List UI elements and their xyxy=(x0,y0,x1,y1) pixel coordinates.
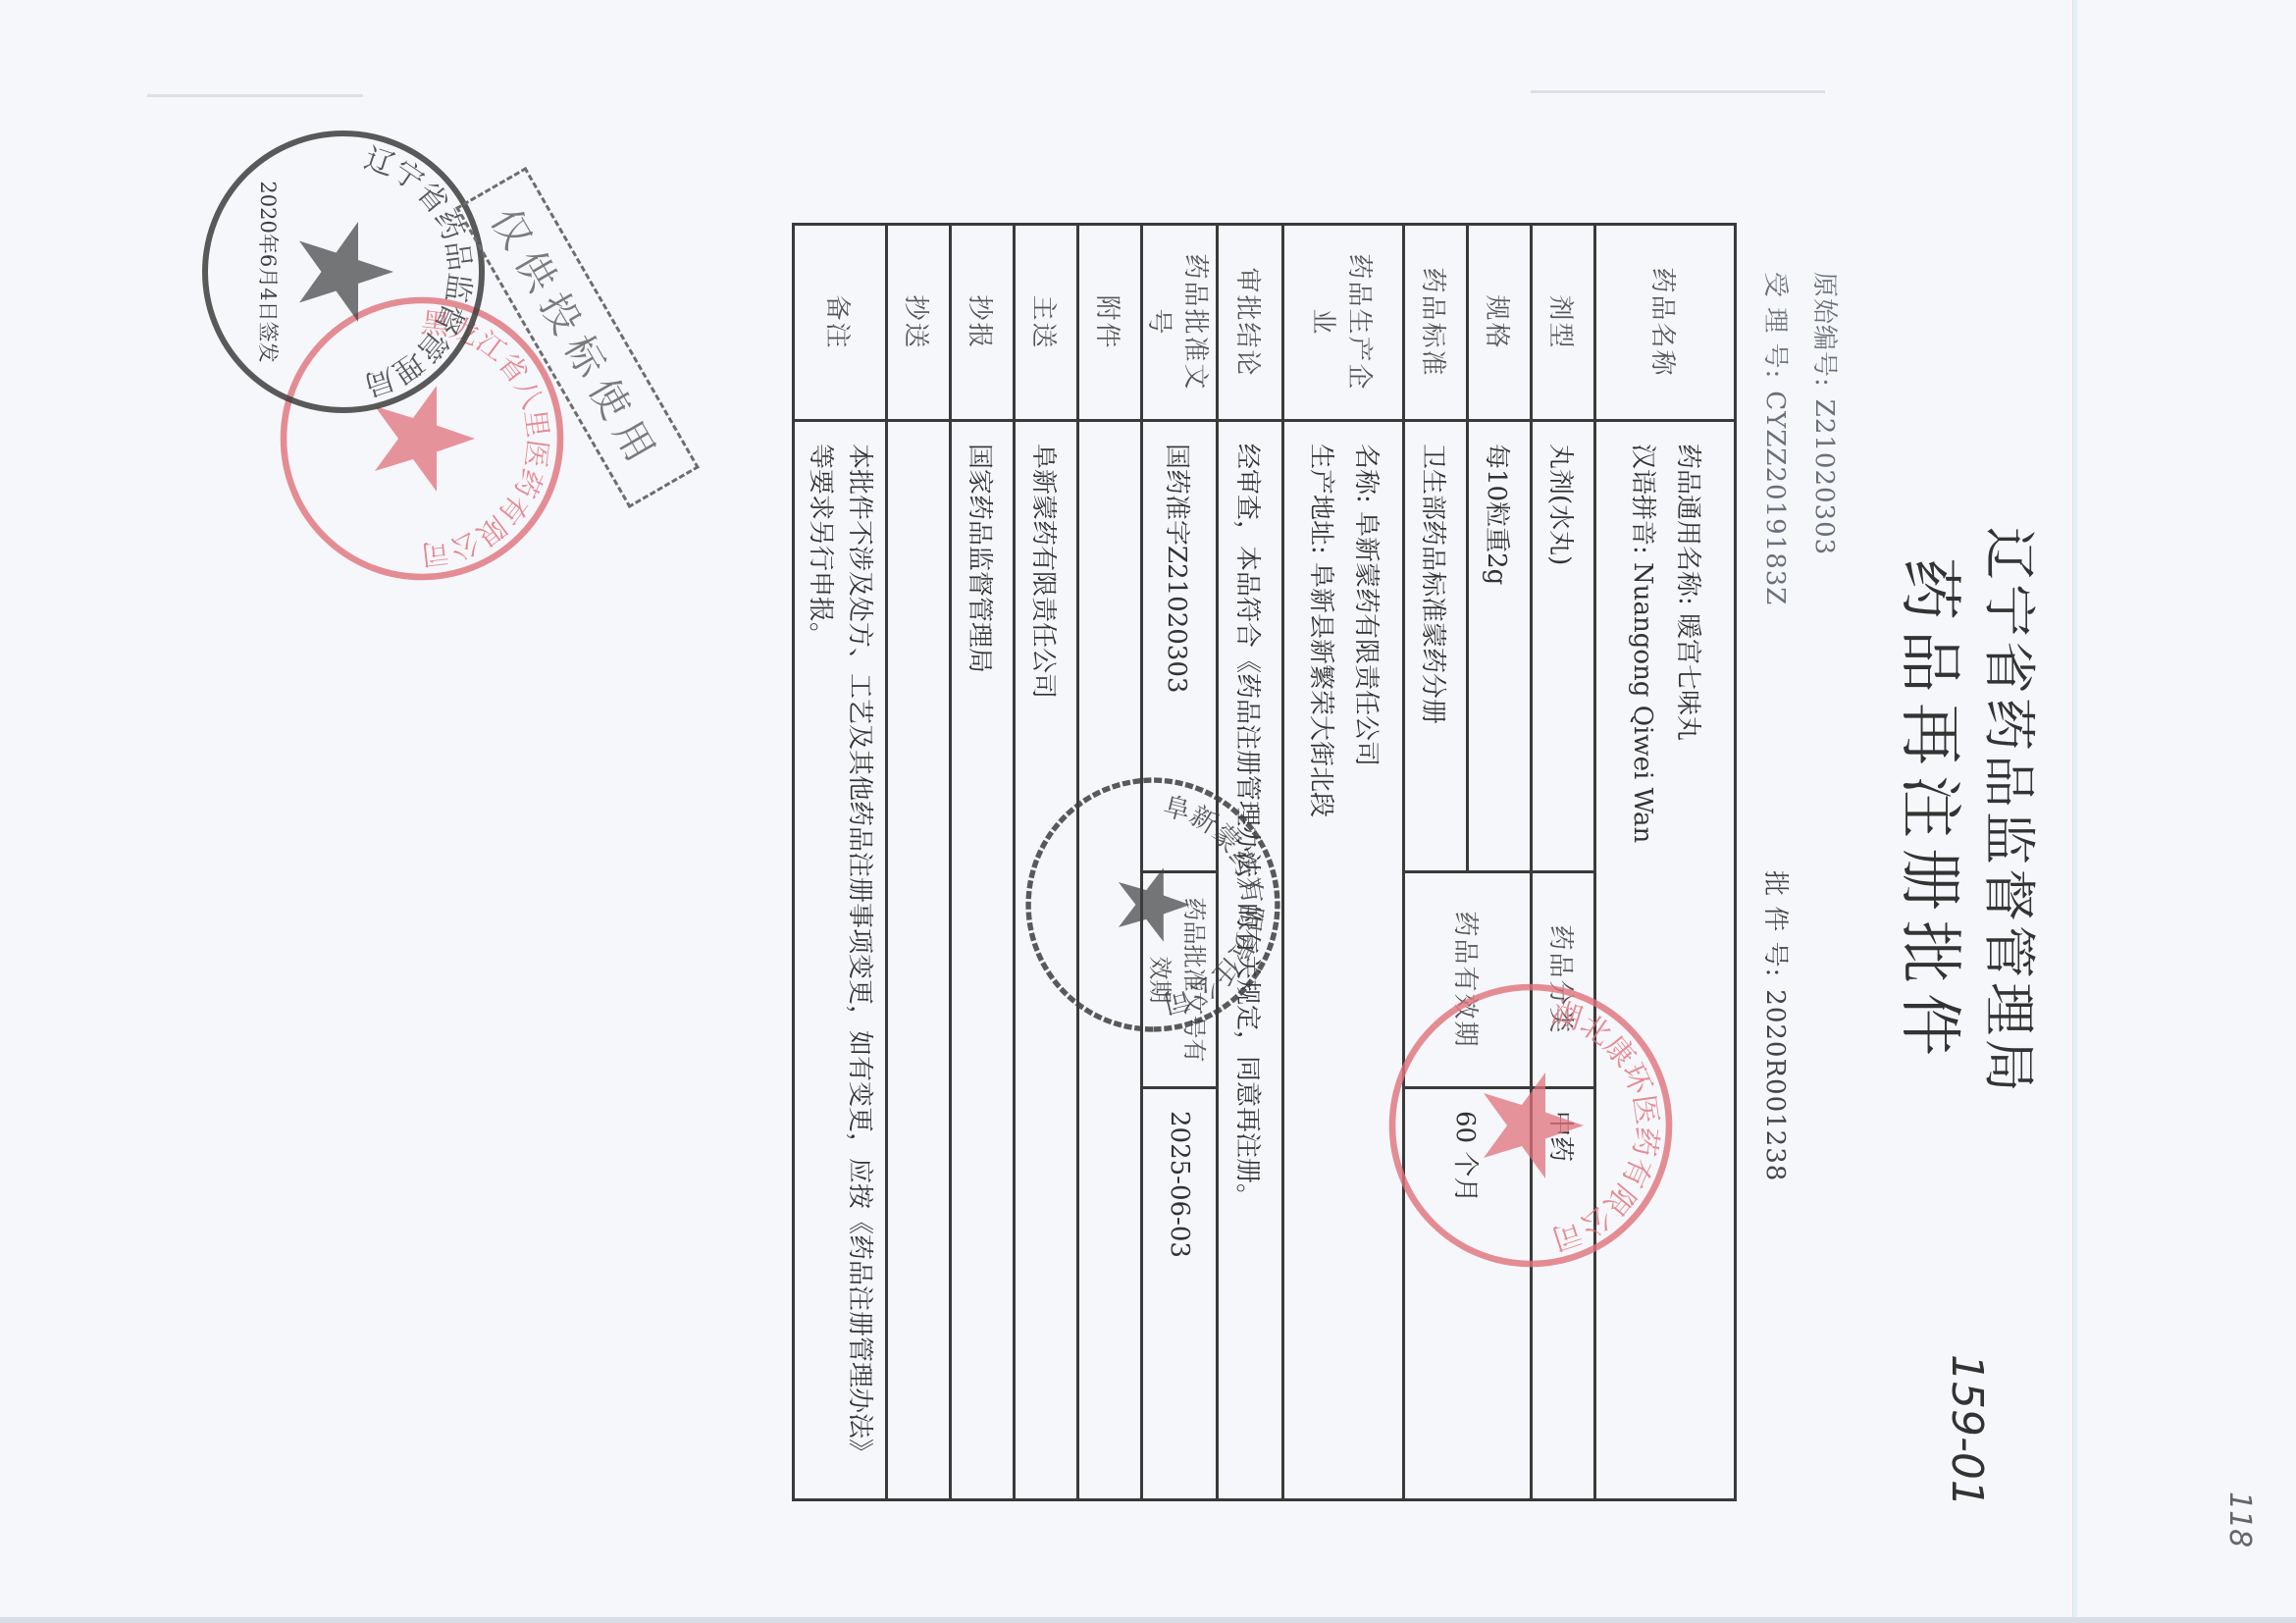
value-report-to: 国家药品监督管理局 xyxy=(951,421,1015,1500)
svg-text:黑龙江省八里医药有限公司: 黑龙江省八里医药有限公司 xyxy=(419,306,553,571)
svg-text:2020年6月4日签发: 2020年6月4日签发 xyxy=(256,181,280,362)
value-approval-expiry: 2025-06-03 xyxy=(1142,1088,1218,1500)
value-dosage-form: 丸剂(水丸) xyxy=(1532,421,1595,872)
value-classification: 中药 xyxy=(1532,1088,1595,1500)
handwritten-mark: 159-01 xyxy=(1942,1354,1992,1507)
rectangular-stamp: 仅供投标使用 xyxy=(455,167,700,508)
table-row-manufacturer: 药品生产企业 名称: 阜新蒙药有限责任公司 生产地址: 阜新县新繁荣大街北段 xyxy=(1283,225,1404,1500)
manufacturer-name: 阜新蒙药有限责任公司 xyxy=(1351,511,1381,766)
value-conclusion: 经审查，本品符合《药品注册管理办法》的有关规定，同意再注册。 xyxy=(1218,421,1283,1500)
value-specification: 每10粒重2g xyxy=(1468,421,1532,872)
value-remarks: 本批件不涉及处方、工艺及其他药品注册事项变更，如有变更，应按《药品注册管理办法》… xyxy=(794,421,887,1500)
table-row-dosage-form: 剂型 丸剂(水丸) 药品分类 中药 xyxy=(1532,225,1595,1500)
acceptance-number: 受 理 号:CYZZ2019183Z xyxy=(1759,272,1796,605)
generic-name: 暖宫七味丸 xyxy=(1673,613,1702,741)
issuer-official-seal: 辽宁省药品监督管理局 2020年6月4日签发 xyxy=(196,125,491,419)
pinyin-name: Nuangong Qiwei Wan xyxy=(1628,562,1657,843)
value-standard: 卫生部药品标准蒙药分册 xyxy=(1404,421,1468,872)
value-approval-number: 国药准字Z21020303 xyxy=(1142,421,1218,872)
table-row-approval-number: 药品批准文号 国药准字Z21020303 药品批准文号有效期 2025-06-0… xyxy=(1142,225,1218,1500)
scan-smudge xyxy=(147,94,363,97)
document-title: 药品再注册批件 xyxy=(1890,125,1980,1498)
value-validity: 60 个月 xyxy=(1404,1088,1532,1500)
table-row-drug-name: 药品名称 药品通用名称: 暖宫七味丸 汉语拼音: Nuangong Qiwei … xyxy=(1595,225,1736,1500)
value-drug-name: 药品通用名称: 暖宫七味丸 汉语拼音: Nuangong Qiwei Wan xyxy=(1595,421,1736,1500)
handwritten-page-number: 118 xyxy=(2222,1492,2257,1547)
issuing-agency: 辽宁省药品监督管理局 xyxy=(1975,125,2051,1498)
table-row-copy-to: 抄送 xyxy=(887,225,951,1500)
scan-edge-bottom xyxy=(0,1617,2296,1623)
manufacturer-address: 阜新县新繁荣大街北段 xyxy=(1306,562,1335,817)
approval-doc-number: 批 件 号:2020R001238 xyxy=(1759,870,1796,1181)
original-number: 原始编号:Z21020303 xyxy=(1808,272,1845,555)
table-row-report-to: 抄报 国家药品监督管理局 xyxy=(951,225,1015,1500)
table-row-specification: 规格 每10粒重2g 药品有效期 60 个月 xyxy=(1468,225,1532,1500)
table-row-remarks: 备注 本批件不涉及处方、工艺及其他药品注册事项变更，如有变更，应按《药品注册管理… xyxy=(794,225,887,1500)
table-row-main-recipient: 主送 阜新蒙药有限责任公司 xyxy=(1015,225,1078,1500)
red-company-seal-heilongjiang: 黑龙江省八里医药有限公司 xyxy=(275,291,569,586)
table-row-attachment: 附件 xyxy=(1078,225,1142,1500)
value-main-recipient: 阜新蒙药有限责任公司 xyxy=(1015,421,1078,1500)
approval-document-page: 辽宁省药品监督管理局 药品再注册批件 原始编号:Z21020303 受 理 号:… xyxy=(167,125,2090,1498)
scan-smudge xyxy=(1531,90,1825,93)
table-row-conclusion: 审批结论 经审查，本品符合《药品注册管理办法》的有关规定，同意再注册。 xyxy=(1218,225,1283,1500)
label-drug-name: 药品名称 xyxy=(1595,225,1736,421)
svg-text:辽宁省药品监督管理局: 辽宁省药品监督管理局 xyxy=(360,141,477,402)
approval-table: 药品名称 药品通用名称: 暖宫七味丸 汉语拼音: Nuangong Qiwei … xyxy=(792,223,1737,1501)
